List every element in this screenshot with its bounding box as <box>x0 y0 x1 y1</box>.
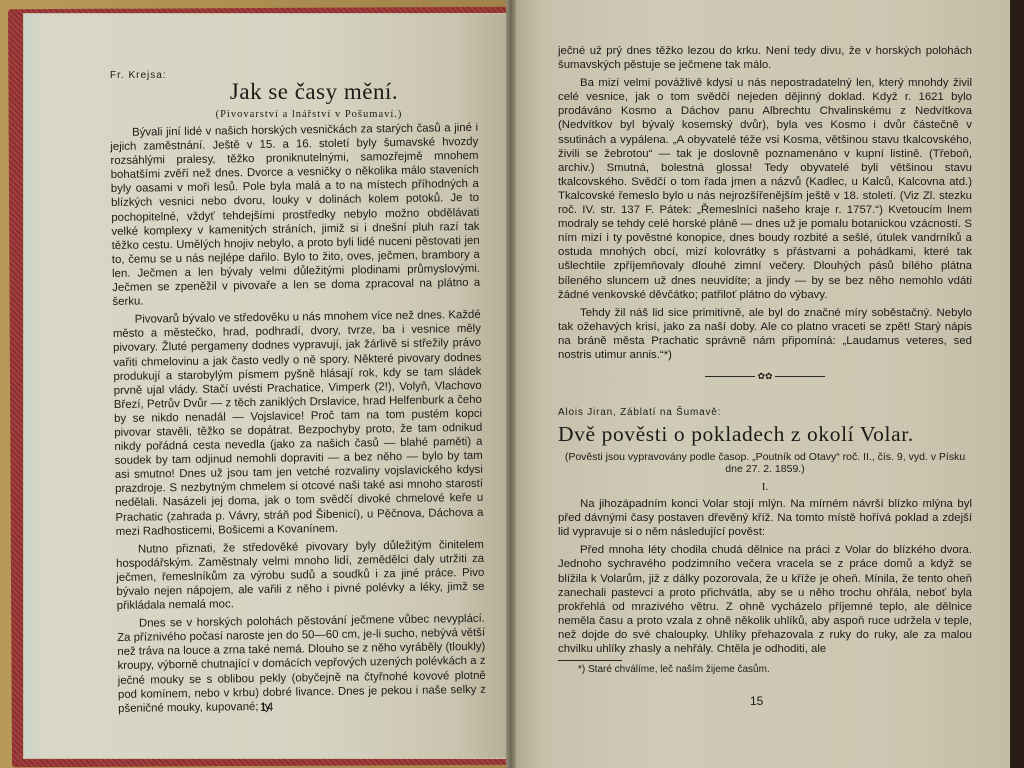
paragraph: Před mnoha léty chodila chudá dělnice na… <box>558 543 972 656</box>
paragraph: Pivovarů bývalo ve středověku u nás mnoh… <box>113 308 484 539</box>
book-gutter <box>506 0 516 768</box>
paragraph: Ba mizí velmi povážlivě kdysi u nás nepo… <box>558 76 972 302</box>
article-body: Bývali jiní lidé v našich horských vesni… <box>110 121 486 716</box>
paragraph: Bývali jiní lidé v našich horských vesni… <box>110 121 481 309</box>
article-subtitle: (Pivovarství a lnářství v Pošumaví.) <box>140 109 478 120</box>
page-number: 14 <box>260 700 273 714</box>
divider-rule <box>775 376 825 377</box>
footnote-rule <box>558 660 622 661</box>
section-divider: ✿✿ <box>558 372 972 381</box>
paragraph: ječné už prý dnes těžko lezou do krku. N… <box>558 44 972 72</box>
article-byline: Alois Jiran, Záblatí na Šumavě: <box>558 407 972 418</box>
right-page: ječné už prý dnes těžko lezou do krku. N… <box>512 0 1010 768</box>
article-continuation: ječné už prý dnes těžko lezou do krku. N… <box>558 44 972 362</box>
divider-rule <box>705 376 755 377</box>
book-cover-right-edge <box>1010 0 1024 768</box>
paragraph: Dnes se v horských polohách pěstování je… <box>117 612 486 716</box>
paragraph: Tehdy žil náš lid sice primitivně, ale b… <box>558 306 972 362</box>
article-body: Na jihozápadním konci Volar stojí mlýn. … <box>558 497 972 656</box>
article-title: Dvě pověsti o pokladech z okolí Volar. <box>558 422 972 447</box>
left-page: Fr. Krejsa: Jak se časy mění. (Pivovarst… <box>24 14 512 758</box>
paragraph: Nutno přiznati, že středověké pivovary b… <box>116 538 485 614</box>
section-number: I. <box>558 481 972 493</box>
page-number: 15 <box>750 694 763 708</box>
paragraph: Na jihozápadním konci Volar stojí mlýn. … <box>558 497 972 539</box>
article-title: Jak se časy mění. <box>150 79 478 105</box>
footnote: *) Staré chválíme, leč naším žijeme časů… <box>578 664 972 675</box>
flower-ornament-icon: ✿✿ <box>757 372 772 381</box>
article-source-note: (Pověsti jsou vypravovány podle časop. „… <box>558 451 972 475</box>
